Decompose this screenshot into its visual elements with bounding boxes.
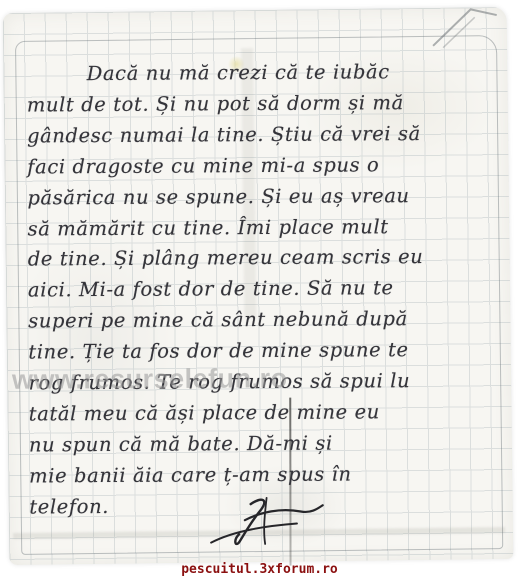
letter-line: nu spun că mă bate. Dă-mi și [29,427,507,461]
letter-line: de tine. Și plâng mereu ceam scris eu [28,242,506,276]
letter-line: Dacă nu mă crezi că te iubăc [27,57,505,91]
letter-line: păsărica nu se spune. Și eu aș vreau [27,180,505,214]
letter-line: tatăl meu că ăși place de mine eu [29,397,507,431]
letter-line: să mămărit cu tine. Îmi place mult [28,211,506,245]
letter-line: telefon. [29,489,507,523]
letter-line: aici. Mi-a fost dor de tine. Să nu te [28,273,506,307]
letter-line: mult de tot. Și nu pot să dorm și mă [27,87,505,121]
source-caption: pescuitul.3xforum.ro [0,562,519,577]
letter-line: mie banii ăia care ț-am spus în [29,458,507,492]
paper-fold-icon [431,5,502,54]
watermark-text: www.resurselefun.ro [12,363,288,395]
letter-body: Dacă nu mă crezi că te iubăc mult de tot… [27,57,508,524]
letter-line: gândesc numai la tine. Știu că vrei să [27,118,505,152]
letter-line: superi pe mine că sânt nebună după [28,304,506,338]
letter-line: faci dragoste cu mine mi-a spus o [27,149,505,183]
